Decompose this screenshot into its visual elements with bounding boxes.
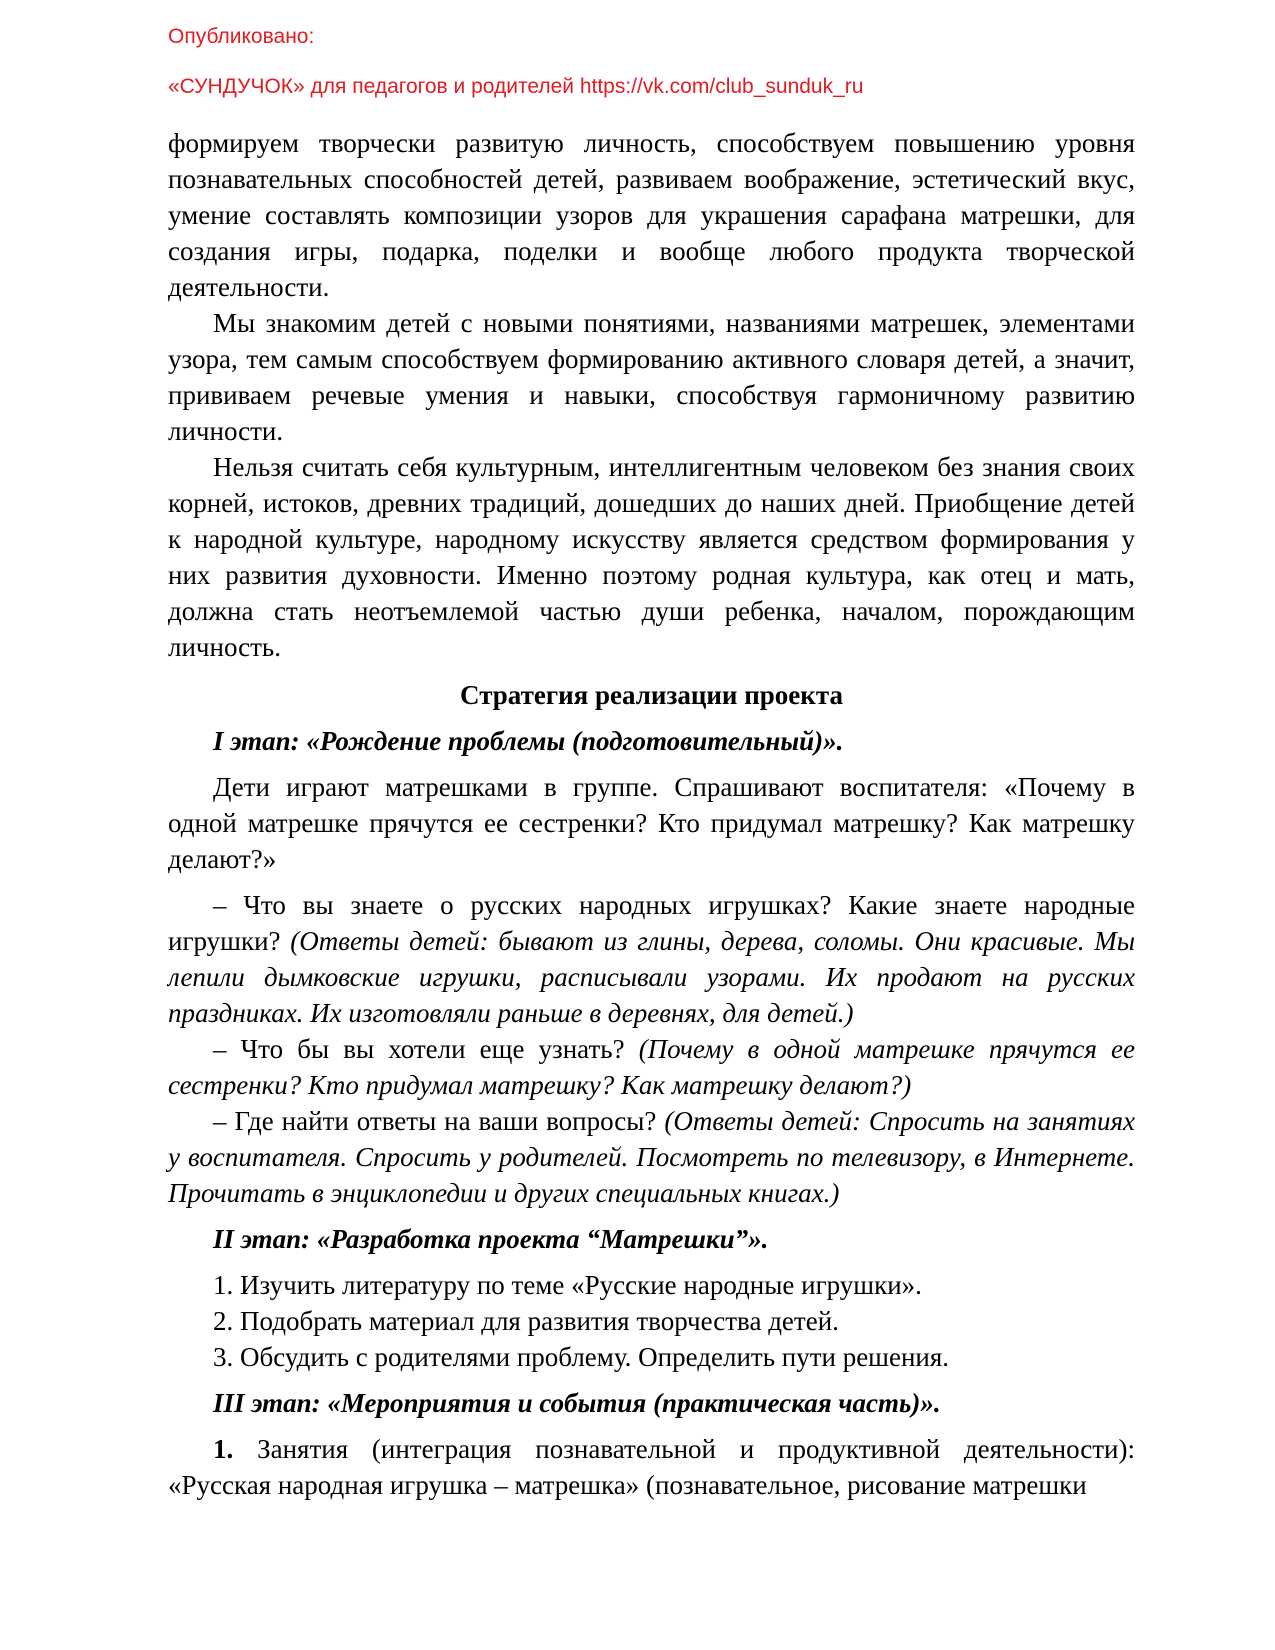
stage-1-heading: I этап: «Рождение проблемы (подготовител… xyxy=(168,723,1135,759)
question-1: – Что вы знаете о русских народных игруш… xyxy=(168,887,1135,1031)
question-3-text: – Где найти ответы на ваши вопросы? xyxy=(213,1106,664,1136)
strategy-heading: Стратегия реализации проекта xyxy=(168,677,1135,713)
task-item: 2. Подобрать материал для развития творч… xyxy=(168,1303,1135,1339)
question-2-text: – Что бы вы хотели еще узнать? xyxy=(213,1034,639,1064)
stage-2-task-list: 1. Изучить литературу по теме «Русские н… xyxy=(168,1267,1135,1375)
document-page: Опубликовано: «СУНДУЧОК» для педагогов и… xyxy=(0,0,1275,1650)
published-label: Опубликовано: xyxy=(168,26,1135,48)
source-line: «СУНДУЧОК» для педагогов и родителей htt… xyxy=(168,76,1135,98)
activities-text: Занятия (интеграция познавательной и про… xyxy=(168,1434,1135,1500)
paragraph-culture: Нельзя считать себя культурным, интеллиг… xyxy=(168,449,1135,665)
paragraph-children-play: Дети играют матрешками в группе. Спрашив… xyxy=(168,769,1135,877)
stage-2-heading: II этап: «Разработка проекта “Матрешки”»… xyxy=(168,1221,1135,1257)
task-item: 3. Обсудить с родителями проблему. Опред… xyxy=(168,1339,1135,1375)
stage-3-heading: III этап: «Мероприятия и события (практи… xyxy=(168,1385,1135,1421)
document-body: формируем творчески развитую личность, с… xyxy=(168,125,1135,1503)
question-2: – Что бы вы хотели еще узнать? (Почему в… xyxy=(168,1031,1135,1103)
question-3: – Где найти ответы на ваши вопросы? (Отв… xyxy=(168,1103,1135,1211)
paragraph-activities: 1. Занятия (интеграция познавательной и … xyxy=(168,1431,1135,1503)
paragraph-continuation: формируем творчески развитую личность, с… xyxy=(168,125,1135,305)
published-header: Опубликовано: «СУНДУЧОК» для педагогов и… xyxy=(168,26,1135,98)
task-item: 1. Изучить литературу по теме «Русские н… xyxy=(168,1267,1135,1303)
question-1-answer: (Ответы детей: бывают из глины, дерева, … xyxy=(168,926,1135,1028)
activities-number: 1. xyxy=(213,1434,233,1464)
paragraph-vocabulary: Мы знакомим детей с новыми понятиями, на… xyxy=(168,305,1135,449)
